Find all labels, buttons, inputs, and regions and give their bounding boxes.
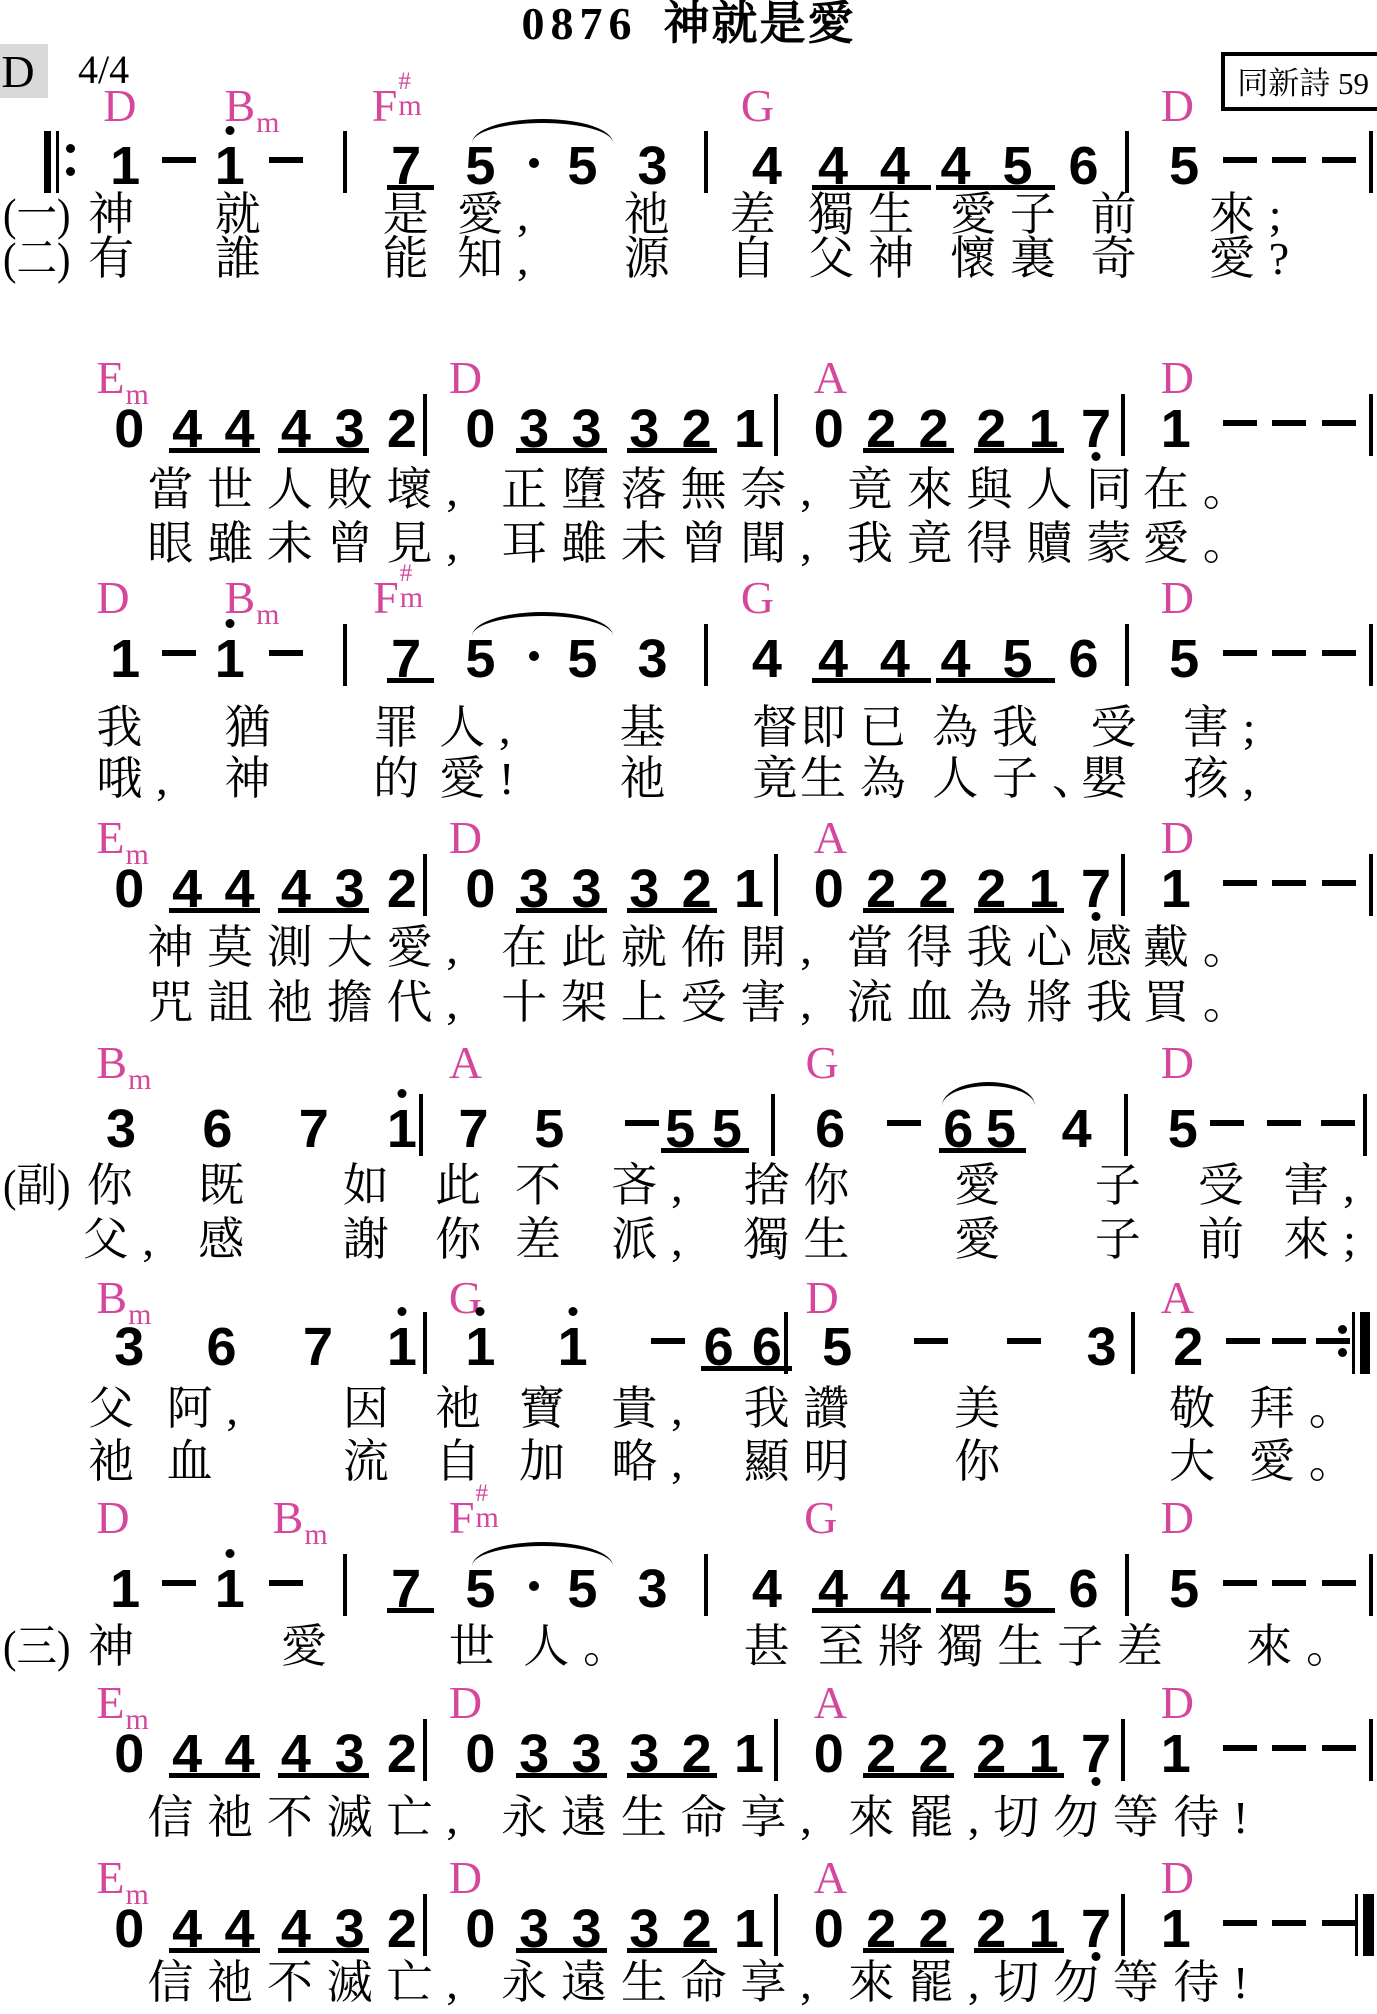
lyric-segment: 流血為將我 — [847, 978, 1146, 1029]
lyric-segment: 耳雖未曾聞, — [501, 519, 825, 570]
lyric-segment: 信祂不滅亡, — [147, 1958, 471, 2009]
chord-root: A — [1161, 1272, 1194, 1323]
chord-root: F — [373, 572, 399, 623]
barline — [343, 1554, 347, 1616]
key-signature-box: D — [0, 44, 48, 98]
notation-note: 6 — [1069, 632, 1099, 686]
notation-note: 1 — [734, 862, 764, 916]
bar-stroke — [44, 131, 51, 193]
chord-root: D — [449, 812, 482, 863]
octave-dot-high — [568, 1307, 577, 1316]
beam-underline — [516, 1773, 607, 1778]
lyric-segment: (二) — [3, 234, 70, 285]
lyric-segment: 吝, — [611, 1161, 696, 1212]
lyric-segment: 十架上受害, — [501, 978, 825, 1029]
beam-underline — [387, 1608, 434, 1613]
chord-root: A — [814, 812, 847, 863]
barline — [774, 1719, 778, 1781]
lyric-segment: 當世人敗壞, — [147, 465, 471, 516]
lyric-segment: 永遠生命享, — [501, 1793, 825, 1844]
octave-dot-high — [397, 1307, 406, 1316]
lyric-segment: 信祂不滅亡, — [147, 1793, 471, 1844]
beam-underline — [974, 448, 1065, 453]
barline — [1369, 1554, 1373, 1616]
chord-root: F — [372, 80, 398, 131]
lyric-segment: 感 — [198, 1215, 258, 1266]
barline — [1125, 131, 1129, 193]
barline — [423, 1894, 427, 1956]
barline — [704, 624, 708, 686]
barline — [423, 394, 427, 456]
barline — [774, 854, 778, 916]
chord-quality: m — [304, 1518, 327, 1551]
chord-root: G — [806, 1037, 839, 1088]
notation-note: 4 — [752, 139, 782, 193]
lyric-segment: 略, — [611, 1437, 696, 1488]
bar-stroke — [1363, 1894, 1374, 1956]
duration-dash — [914, 1338, 948, 1344]
lyric-segment: 正墮落無奈, — [501, 465, 825, 516]
chord-label: A — [449, 1040, 482, 1086]
octave-dot-low — [1091, 1777, 1100, 1786]
lyric-segment: 來罷,切勿等 — [848, 1793, 1172, 1844]
duration-dash — [162, 650, 196, 656]
chord-label: Bm — [96, 1040, 151, 1086]
notation-note: 1 — [1161, 402, 1191, 456]
chord-root: B — [224, 80, 255, 131]
chord-root: E — [96, 1677, 124, 1728]
lyric-segment: 謝 — [343, 1215, 403, 1266]
chord-root: D — [449, 352, 482, 403]
chord-label: A — [814, 1855, 847, 1901]
chord-label: F#m — [373, 575, 423, 621]
duration-dash — [1267, 1120, 1301, 1126]
lyric-segment: 的 — [373, 754, 433, 805]
duration-dash — [1210, 1120, 1244, 1126]
barline — [1121, 854, 1125, 916]
lyric-segment: 愛 — [281, 1622, 341, 1673]
duration-dash — [269, 157, 303, 163]
notation-note: 7 — [299, 1102, 329, 1156]
notation-note: 6 — [202, 1102, 232, 1156]
lyric-segment: 你 — [87, 1161, 147, 1212]
notation-note: 4 — [1062, 1102, 1092, 1156]
chord-root: B — [273, 1492, 304, 1543]
chord-quality: m — [475, 1504, 498, 1531]
notation-note: 2 — [387, 862, 417, 916]
lyric-segment: 差 — [515, 1215, 575, 1266]
chord-root: D — [96, 1492, 129, 1543]
beam-underline — [863, 908, 954, 913]
chord-root: D — [1161, 352, 1194, 403]
beam-underline — [936, 1608, 1054, 1613]
chord-root: D — [1161, 1037, 1194, 1088]
lyric-segment: 有 — [88, 234, 148, 285]
chord-root: B — [96, 1037, 127, 1088]
final-barline — [1355, 1894, 1377, 1956]
duration-dash — [269, 650, 303, 656]
notation-note: 5 — [567, 632, 597, 686]
lyric-segment: 待! — [1173, 1793, 1262, 1844]
key-signature: D — [1, 45, 34, 98]
barline — [774, 1894, 778, 1956]
notation-note: 1 — [734, 1902, 764, 1956]
beam-underline — [387, 678, 434, 683]
duration-dash — [1322, 1920, 1356, 1926]
lyric-segment: 子 — [1095, 1161, 1155, 1212]
lyric-segment: 誰 — [215, 234, 275, 285]
chord-root: E — [96, 1852, 124, 1903]
lyric-segment: 你 — [435, 1215, 495, 1266]
duration-dash — [1272, 1920, 1306, 1926]
chord-label: D — [449, 1680, 482, 1726]
barline — [771, 1094, 775, 1156]
chord-root: D — [806, 1272, 839, 1323]
lyric-segment: 因 — [343, 1384, 403, 1435]
notation-note: 1 — [734, 1727, 764, 1781]
beam-underline — [516, 908, 607, 913]
lyric-segment: 神莫測大愛, — [147, 923, 471, 974]
notation-note: 5 — [1169, 1562, 1199, 1616]
lyric-segment: 受 — [1091, 703, 1151, 754]
chord-root: G — [741, 80, 774, 131]
lyric-segment: 血 — [167, 1437, 227, 1488]
chord-label: Bm — [96, 1275, 151, 1321]
duration-dash — [1322, 157, 1356, 163]
lyric-segment: 來。 — [1246, 1622, 1366, 1673]
barline — [343, 131, 347, 193]
notation-note: 7 — [303, 1320, 333, 1374]
chord-label: Bm — [224, 575, 279, 621]
lyric-segment: 加 — [519, 1437, 579, 1488]
notation-note: 6 — [1069, 1562, 1099, 1616]
bar-stroke — [1352, 1312, 1355, 1374]
octave-dot-high — [225, 619, 234, 628]
notation-note: 0 — [465, 402, 495, 456]
notation-note: 5 — [567, 139, 597, 193]
chord-label: D — [1161, 1040, 1194, 1086]
lyric-segment: 祂 — [88, 1437, 148, 1488]
lyric-segment: 流 — [343, 1437, 403, 1488]
notation-note: 0 — [814, 1902, 844, 1956]
lyric-segment: 愛 — [954, 1215, 1014, 1266]
duration-dash — [1272, 1338, 1306, 1344]
song-number: 0876 — [522, 0, 638, 49]
chord-root: A — [814, 1852, 847, 1903]
slur-arc — [942, 1082, 1036, 1106]
lyric-segment: 世 — [449, 1622, 509, 1673]
duration-dash — [1322, 650, 1356, 656]
notation-note: 5 — [465, 1562, 495, 1616]
duration-dash — [1272, 1745, 1306, 1751]
notation-note: 1 — [558, 1320, 588, 1374]
duration-dash — [1007, 1338, 1041, 1344]
lyric-segment: 哦, — [96, 754, 181, 805]
lyric-segment: 愛。 — [1143, 519, 1263, 570]
notation-note: 1 — [465, 1320, 495, 1374]
chord-root: F — [449, 1492, 475, 1543]
beam-underline — [661, 1148, 749, 1153]
notation-note: 1 — [110, 1562, 140, 1616]
lyric-segment: 既 — [198, 1161, 258, 1212]
chord-root: D — [1161, 1852, 1194, 1903]
barline — [423, 1719, 427, 1781]
barline — [1124, 1094, 1128, 1156]
barline — [1121, 394, 1125, 456]
beam-underline — [974, 1773, 1065, 1778]
augmentation-dot — [529, 158, 539, 168]
lyric-segment: 我讚 — [744, 1384, 864, 1435]
reference-badge: 同新詩 59 — [1221, 52, 1377, 111]
notation-note: 5 — [822, 1320, 852, 1374]
lyric-segment: 眼雖未曾見, — [147, 519, 471, 570]
duration-dash — [1322, 1580, 1356, 1586]
lyric-segment: 此 — [435, 1161, 495, 1212]
notation-note: 3 — [638, 139, 668, 193]
duration-dash — [1322, 420, 1356, 426]
notation-note: 0 — [465, 862, 495, 916]
notation-note: 6 — [815, 1102, 845, 1156]
chord-label: A — [814, 355, 847, 401]
barline — [774, 394, 778, 456]
repeat-dot — [66, 144, 75, 153]
duration-dash — [1322, 1745, 1356, 1751]
chord-quality: m — [398, 92, 421, 119]
end-repeat-sign — [1338, 1312, 1377, 1374]
bar-stroke — [1355, 1894, 1358, 1956]
chord-root: D — [1161, 812, 1194, 863]
lyric-segment: 我竟得贖蒙 — [847, 519, 1146, 570]
duration-dash — [1223, 1920, 1257, 1926]
chord-label: Bm — [273, 1495, 328, 1541]
lyric-segment: 當得我心感 — [847, 923, 1146, 974]
notation-note: 5 — [1169, 139, 1199, 193]
lyric-segment: 咒詛祂擔代, — [147, 978, 471, 1029]
notation-note: 1 — [110, 139, 140, 193]
lyric-segment: 懷裏 — [950, 234, 1070, 285]
duration-dash — [1272, 420, 1306, 426]
lyric-segment: 待! — [1173, 1958, 1262, 2009]
lyric-segment: 為我 — [932, 703, 1052, 754]
lyric-segment: 前 — [1198, 1215, 1258, 1266]
duration-dash — [1272, 650, 1306, 656]
lyric-segment: 即已 — [800, 703, 920, 754]
notation-note: 4 — [752, 1562, 782, 1616]
lyric-segment: 猶 — [224, 703, 284, 754]
lyric-segment: 甚 — [744, 1622, 804, 1673]
duration-dash — [1272, 1580, 1306, 1586]
lyric-segment: 神 — [88, 1622, 148, 1673]
beam-underline — [169, 1948, 260, 1953]
barline — [1369, 131, 1373, 193]
barline — [1369, 854, 1373, 916]
beam-underline — [863, 1948, 954, 1953]
chord-root: A — [449, 1037, 482, 1088]
chord-label: D — [449, 815, 482, 861]
lyric-segment: 獨生 — [744, 1215, 864, 1266]
notation-note: 1 — [387, 1320, 417, 1374]
chord-root: E — [96, 812, 124, 863]
chord-root: D — [1161, 1492, 1194, 1543]
chord-label: G — [806, 1040, 839, 1086]
chord-root: A — [814, 1677, 847, 1728]
notation-note: 7 — [459, 1102, 489, 1156]
duration-dash — [162, 1580, 196, 1586]
lyric-segment: 拜。 — [1249, 1384, 1369, 1435]
lyric-segment: 戴。 — [1143, 923, 1263, 974]
notation-note: 7 — [1081, 1727, 1111, 1781]
beam-underline — [278, 1948, 369, 1953]
lyric-segment: 生為 — [800, 754, 920, 805]
lyric-segment: 在。 — [1143, 465, 1263, 516]
lyric-segment: 愛! — [439, 754, 528, 805]
beam-underline — [278, 448, 369, 453]
notation-note: 0 — [465, 1727, 495, 1781]
notation-note: 1 — [1161, 1727, 1191, 1781]
augmentation-dot — [529, 1581, 539, 1591]
beam-underline — [812, 678, 930, 683]
notation-note: 2 — [387, 402, 417, 456]
chord-label: D — [1161, 1680, 1194, 1726]
chord-root: D — [1161, 1677, 1194, 1728]
lyric-segment: 愛 — [954, 1161, 1014, 1212]
octave-dot-low — [1091, 452, 1100, 461]
notation-note: 5 — [1169, 632, 1199, 686]
duration-dash — [1223, 880, 1257, 886]
bar-stroke — [1360, 1312, 1370, 1374]
lyric-segment: 罪 — [373, 703, 433, 754]
notation-note: 1 — [215, 1562, 245, 1616]
barline — [1125, 1554, 1129, 1616]
octave-dot-high — [397, 1089, 406, 1098]
notation-note: 7 — [1081, 402, 1111, 456]
lyric-segment: 神 — [224, 754, 284, 805]
chord-label: D — [806, 1275, 839, 1321]
lyric-segment: 如 — [343, 1161, 403, 1212]
duration-dash — [887, 1120, 921, 1126]
chord-label: Em — [96, 815, 148, 861]
barline — [1121, 1719, 1125, 1781]
beam-underline — [939, 1148, 1026, 1153]
chord-label: A — [814, 815, 847, 861]
duration-dash — [1223, 1580, 1257, 1586]
duration-dash — [625, 1120, 659, 1126]
notation-note: 3 — [638, 632, 668, 686]
notation-note: 1 — [215, 139, 245, 193]
repeat-dot — [66, 167, 75, 176]
beam-underline — [278, 908, 369, 913]
duration-dash — [1321, 1120, 1355, 1126]
beam-underline — [169, 448, 260, 453]
hymn-sheet-page: 0876神就是愛 D 4/4 同新詩 59 DBmF#mGD1175534444… — [0, 0, 1377, 2014]
song-title: 神就是愛 — [664, 0, 856, 49]
barline — [704, 1554, 708, 1616]
notation-note: 0 — [814, 1727, 844, 1781]
lyric-segment: 敬 — [1169, 1384, 1229, 1435]
lyric-segment: 來罷,切勿等 — [848, 1958, 1172, 2009]
chord-root: D — [1161, 80, 1194, 131]
lyric-segment: 寶 — [519, 1384, 579, 1435]
duration-dash — [1223, 1745, 1257, 1751]
lyric-segment: 阿, — [167, 1384, 252, 1435]
lyric-segment: 知, — [457, 234, 542, 285]
beam-underline — [516, 1948, 607, 1953]
chord-root: D — [1161, 572, 1194, 623]
lyric-segment: 祂 — [620, 754, 680, 805]
begin-repeat-sign — [44, 131, 88, 193]
lyric-segment: 受 — [1198, 1161, 1258, 1212]
augmentation-dot — [529, 651, 539, 661]
chord-label: F#m — [449, 1495, 499, 1541]
lyric-segment: 來; — [1283, 1215, 1369, 1266]
beam-underline — [169, 1773, 260, 1778]
beam-underline — [516, 448, 607, 453]
chord-label: D — [1161, 1495, 1194, 1541]
duration-dash — [1223, 420, 1257, 426]
chord-label: D — [1161, 1855, 1194, 1901]
notation-note: 5 — [465, 139, 495, 193]
notation-note: 5 — [567, 1562, 597, 1616]
duration-dash — [1272, 157, 1306, 163]
chord-quality: m — [400, 584, 423, 611]
lyric-segment: 源 — [624, 234, 684, 285]
beam-underline — [812, 1608, 930, 1613]
beam-underline — [627, 1948, 718, 1953]
chord-root: D — [449, 1677, 482, 1728]
notation-note: 2 — [387, 1902, 417, 1956]
chord-root: D — [449, 1852, 482, 1903]
lyric-segment: 奇 — [1091, 234, 1151, 285]
repeat-dot — [1338, 1348, 1347, 1357]
notation-note: 2 — [1173, 1320, 1203, 1374]
lyric-segment: 愛。 — [1249, 1437, 1369, 1488]
lyric-segment: (三) — [3, 1622, 70, 1673]
chord-label: D — [449, 1855, 482, 1901]
barline — [343, 624, 347, 686]
notation-note: 3 — [114, 1320, 144, 1374]
barline — [704, 131, 708, 193]
notation-note: 3 — [638, 1562, 668, 1616]
lyric-segment: 能 — [383, 234, 443, 285]
barline — [423, 1312, 427, 1374]
barline — [1125, 624, 1129, 686]
barline — [1121, 1894, 1125, 1956]
chord-root: E — [96, 352, 124, 403]
beam-underline — [974, 1948, 1065, 1953]
chord-label: Em — [96, 1855, 148, 1901]
lyric-segment: 貴, — [611, 1384, 696, 1435]
lyric-segment: 愛? — [1209, 234, 1303, 285]
notation-note: 0 — [114, 1902, 144, 1956]
chord-quality: m — [256, 598, 279, 631]
notation-note: 0 — [465, 1902, 495, 1956]
notation-note: 4 — [752, 632, 782, 686]
chord-label: D — [1161, 355, 1194, 401]
lyric-segment: 在此就佈開, — [501, 923, 825, 974]
lyric-segment: 派, — [611, 1215, 696, 1266]
lyric-segment: 父神 — [808, 234, 928, 285]
chord-label: D — [1161, 83, 1194, 129]
notation-note: 0 — [114, 1727, 144, 1781]
duration-dash — [1226, 1338, 1260, 1344]
barline — [1369, 394, 1373, 456]
barline — [1369, 1719, 1373, 1781]
notation-note: 0 — [114, 862, 144, 916]
chord-label: D — [96, 575, 129, 621]
chord-modifier-stack: #m — [398, 71, 421, 119]
chord-label: F#m — [372, 83, 422, 129]
barline — [1131, 1312, 1135, 1374]
